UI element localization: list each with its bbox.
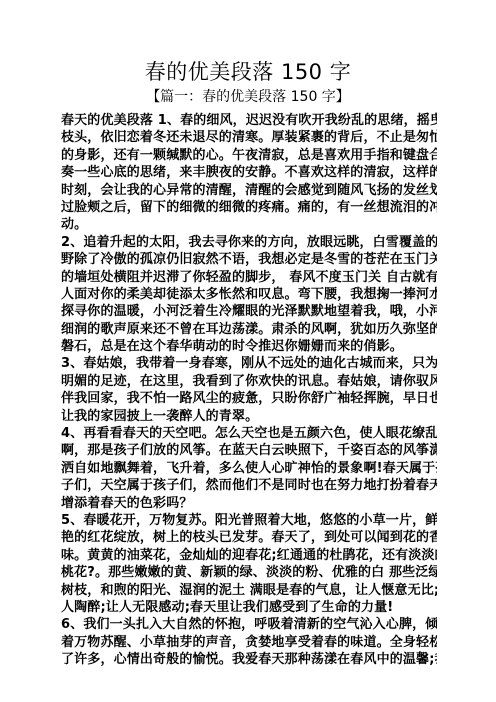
body-line: 过脸颊之后，留下的细微的细微的疼痛。痛的，有一丝想流泪的冲 xyxy=(61,199,437,216)
body-line: 啊，那是孩子们放的风筝。在蓝天白云映照下，千姿百态的风筝潇 xyxy=(61,442,437,459)
body-line: 子们，天空属于孩子们，然而他们不是同时也在努力地打扮着春天， xyxy=(61,477,437,494)
document-page: 春的优美段落 150 字 【篇一：春的优美段落 150 字】 春天的优美段落 1… xyxy=(0,0,496,702)
document-body: 春天的优美段落 1、春的细风，迟迟没有吹开我纷乱的思绪，摇曳的 枝头，依旧恋着冬… xyxy=(61,112,437,669)
body-line: 探寻你的温暖，小河泛着生冷耀眼的光泽默默地望着我，哦，小河 xyxy=(61,303,437,320)
body-line: 了许多，心情出奇般的愉悦。我爱春天那种荡漾在春风中的温馨;我 xyxy=(61,651,437,668)
body-line: 人面对你的柔美却徒添太多怅然和叹息。弯下腰，我想掬一捧河水 xyxy=(61,286,437,303)
document-subtitle: 【篇一：春的优美段落 150 字】 xyxy=(0,88,496,106)
body-line: 2、追着升起的太阳，我去寻你来的方向，放眼远眺，白雪覆盖的原 xyxy=(61,234,437,251)
body-line: 野除了冷傲的孤凉仍旧寂然不语，我想必定是冬雪的苍茫在玉门关 xyxy=(61,251,437,268)
body-line: 让我的家园披上一袭醉人的青翠。 xyxy=(61,408,437,425)
body-line: 细润的歌声原来还不曾在耳边荡漾。肃杀的风啊，犹如历久弥坚的 xyxy=(61,321,437,338)
body-line: 着万物苏醒、小草抽芽的声音，贪婪地享受着春的味道。全身轻松 xyxy=(61,634,437,651)
body-line: 时刻，会让我的心异常的清醒，清醒的会感觉到随风飞扬的发丝划 xyxy=(61,182,437,199)
body-line: 磐石，总是在这个春华萌动的时令推迟你姗姗而来的俏影。 xyxy=(61,338,437,355)
body-line: 人陶醉;让人无限感动;春天里让我们感受到了生命的力量! xyxy=(61,599,437,616)
body-line: 3、春姑娘，我带着一身春寒，刚从不远处的迪化古城而来，只为你 xyxy=(61,355,437,372)
body-line: 枝头，依旧恋着冬还未退尽的清寒。厚装紧裹的背后，不止是匆忙 xyxy=(61,129,437,146)
body-line: 桃花?。那些嫩嫩的黄、新颖的绿、淡淡的粉、优雅的白 那些泛绿的 xyxy=(61,564,437,581)
body-line: 味。黄黄的油菜花，金灿灿的迎春花;红通通的杜鹃花，还有淡淡的 xyxy=(61,547,437,564)
body-line: 洒自如地飘舞着，飞升着，多么使人心旷神怡的景象啊!春天属于孩 xyxy=(61,460,437,477)
body-line: 的身影，还有一颗缄默的心。午夜清寂，总是喜欢用手指和键盘合 xyxy=(61,147,437,164)
body-line: 增添着春天的色彩吗？ xyxy=(61,495,437,512)
document-title: 春的优美段落 150 字 xyxy=(0,59,496,85)
body-line: 动。 xyxy=(61,216,437,233)
body-line: 树枝，和煦的阳光、湿润的泥土 满眼是春的气息，让人惬意无比;让 xyxy=(61,582,437,599)
body-line: 5、春暖花开，万物复苏。阳光普照着大地，悠悠的小草一片，鲜艳 xyxy=(61,512,437,529)
body-line: 艳的红花绽放，树上的枝头已发芽。春天了，到处可以闻到花的香 xyxy=(61,529,437,546)
body-line: 的墙垣处横阻并迟滞了你轻盈的脚步， 春风不度玉门关 自古就有让 xyxy=(61,269,437,286)
body-line: 春天的优美段落 1、春的细风，迟迟没有吹开我纷乱的思绪，摇曳的 xyxy=(61,112,437,129)
body-line: 伴我回家，我不怕一路风尘的疲惫，只盼你舒广袖轻挥腕，早日也 xyxy=(61,390,437,407)
body-line: 明媚的足迹，在这里，我看到了你欢快的讯息。春姑娘，请你驭风 xyxy=(61,373,437,390)
body-line: 6、我们一头扎入大自然的怀抱，呼吸着清新的空气沁入心脾，倾听 xyxy=(61,616,437,633)
body-line: 4、再看看春天的天空吧。怎么天空也是五颜六色，使人眼花缭乱？ xyxy=(61,425,437,442)
body-line: 奏一些心底的思绪，来丰腴夜的安静。不喜欢这样的清寂，这样的 xyxy=(61,164,437,181)
